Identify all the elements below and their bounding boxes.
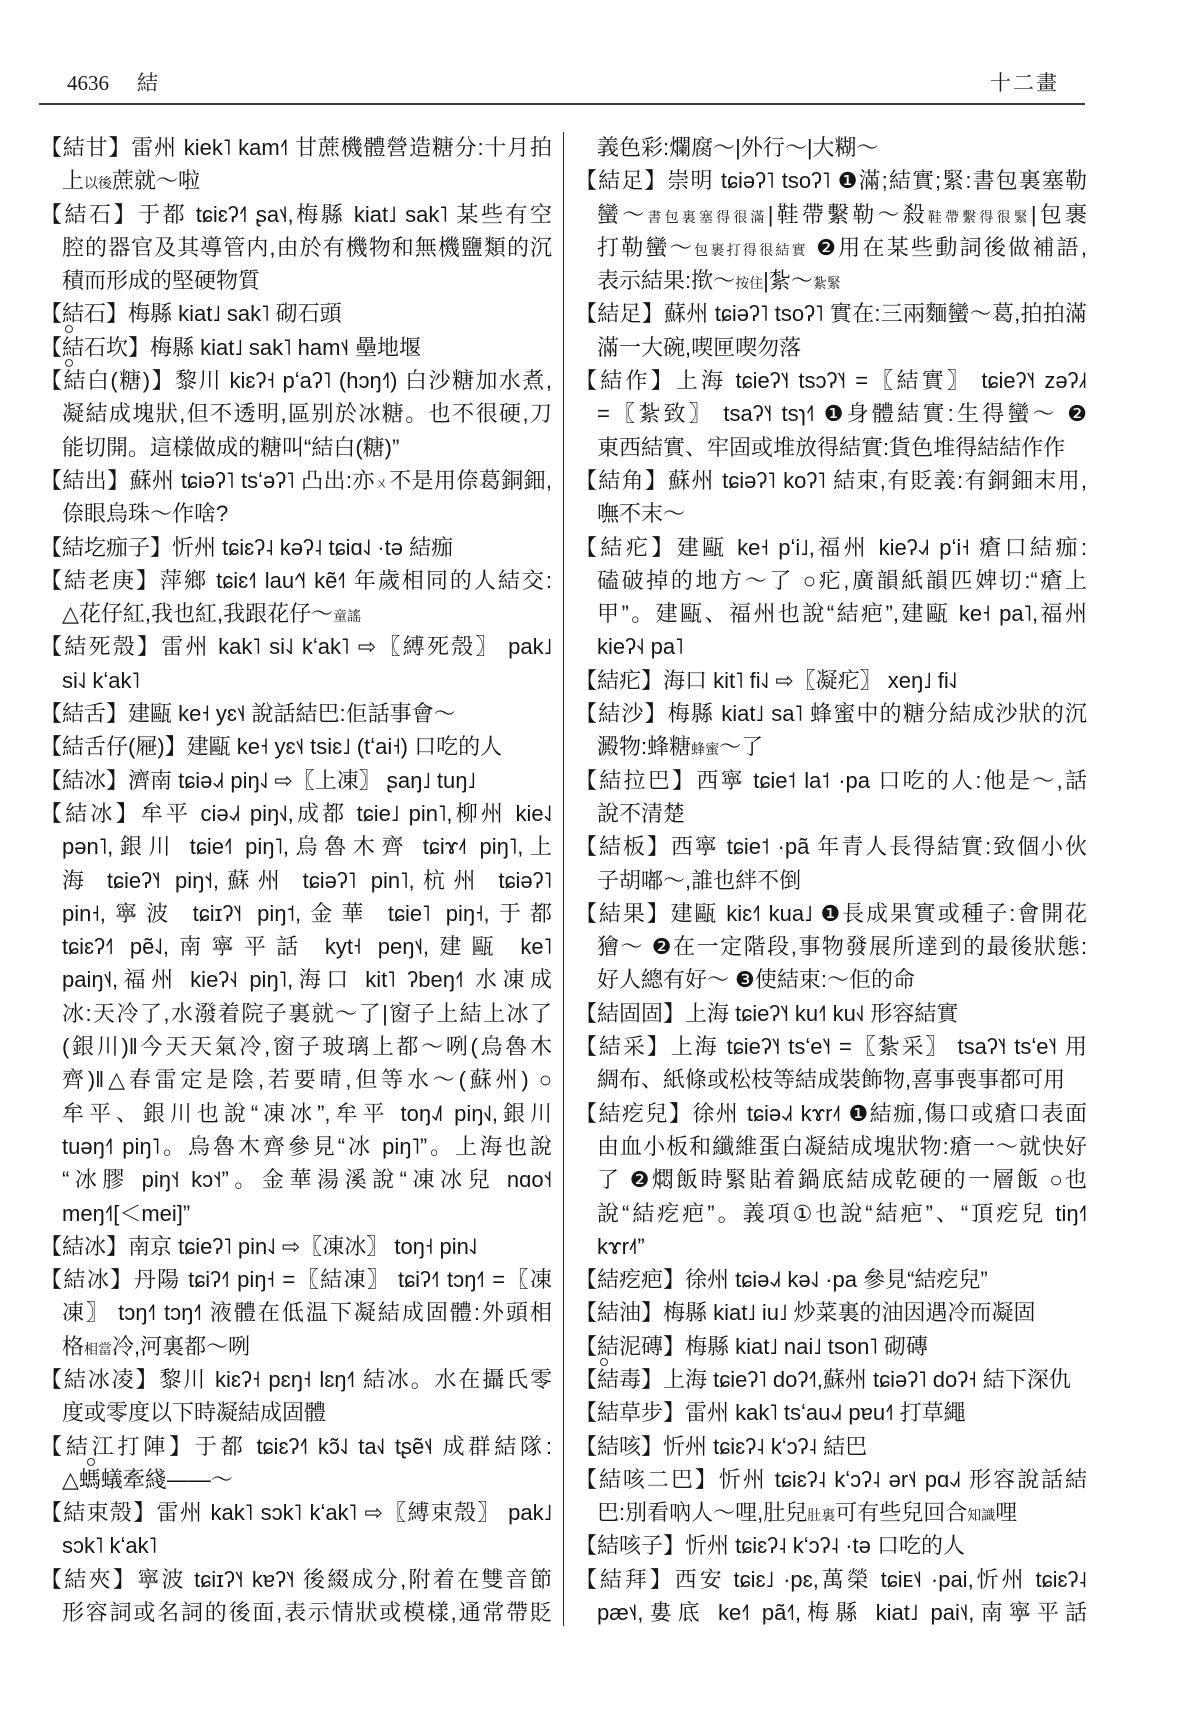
entry-line: tɕiɛʔ˧˥ pẽ˨˩,南寧平話 kyt˧ peŋ˦˨,建甌 ke˥ [40,930,552,963]
entry-text: tuəŋ˧˥ piŋ˥。烏魯木齊參見“冰 piŋ˥”。上海也說 [62,1134,552,1159]
entry-text: 甲”。建甌、福州也說“結疤”,建甌 ke˧ pa˥,福州 [597,601,1087,626]
dictionary-entry: 【結拜】西安 tɕiɛ˩ ·pɛ,萬榮 tɕiᴇ˦˨ ·pai,忻州 tɕiɛʔ… [575,1563,1087,1630]
headword: 【結死殼】 [40,634,161,659]
gloss-text: 蜂蜜 [691,741,719,757]
entry-line: 說不清楚 [575,797,1087,830]
dictionary-entry: 【結冰】牟平 ciə˨˩˧ piŋ˧˩,成都 tɕie˩ pin˥,柳州 kie… [40,797,552,1230]
entry-line: 【結油】梅縣 kiat˩ iu˩ 炒菜裏的油因遇冷而凝固 [575,1296,1087,1329]
entry-text: 雷州 kiek˥ kam˧˥ 甘蔗機體營造糖分:十月拍 [131,135,552,160]
headword: 【結出】 [40,468,130,493]
headword: 【結白(糖)】 [40,368,175,393]
entry-line: 腔的器官及其導管内,由於有機物和無機鹽類的沉 [40,231,552,264]
entry-line: 澱物:蜂糖蜂蜜～了 [575,730,1087,763]
entry-line: 【結泥磚】梅縣 kiat˩ nai˩ tson˥ 砌磚 [575,1330,1087,1363]
headword: 【結石】 [40,202,138,227]
headword-wrapper: 【結死殼】 [40,634,161,659]
headword: 【結疕】 [575,535,677,560]
entry-text: pin˧,寧波 tɕiɪʔ˥˧ piŋ˦,金華 tɕie˥ piŋ˧,于都 [62,901,552,926]
dictionary-entry: 【結沙】梅縣 kiat˩ sa˥ 蜂蜜中的糖分結成沙狀的沉澱物:蜂糖蜂蜜～了 [575,697,1087,764]
headword-wrapper: 【結夾】 [40,1567,137,1592]
entry-line: 度或零度以下時凝結成固體 [40,1396,552,1429]
headword: 【結咳二巴】 [575,1467,719,1492]
entry-text: ～了 [719,734,763,759]
entry-text: 積而形成的堅硬物質 [62,268,260,293]
entry-text: 凝結成塊狀,但不透明,區别於冰糖。也不很硬,刀 [62,401,552,426]
entry-text: 建甌 kiɛ˧˥ kua˩ ❶長成果實或種子:會開花 [671,901,1087,926]
entry-text: 磕破掉的地方～了 ○疕,廣韻紙韻匹婢切:“瘡上 [597,568,1087,593]
entry-line: 【結板】西寧 tɕie˦ ·pã 年青人長得結實:致個小伙 [575,830,1087,863]
entry-text: 西安 tɕiɛ˩ ·pɛ,萬榮 tɕiᴇ˦˨ ·pai,忻州 tɕiɛʔ˨ [675,1567,1087,1592]
headword-wrapper: 【結疕】 [575,668,663,693]
entry-line: 了 ❷燜飯時緊貼着鍋底結成乾硬的一層飯 ○也 [575,1163,1087,1196]
dictionary-entry: 【結油】梅縣 kiat˩ iu˩ 炒菜裏的油因遇冷而凝固 [575,1296,1087,1329]
entry-line: 積而形成的堅硬物質 [40,264,552,297]
entry-text: pən˥,銀川 tɕie˧˥ piŋ˥,烏魯木齊 tɕiɤ˨˦ piŋ˥,上 [62,834,552,859]
dictionary-entry: 【結死殼】雷州 kak˥ si˨˩ kʻak˥ ⇨〖縛死殼〗 pak˩si˨˩ … [40,630,552,697]
entry-text: 黎川 kiɛʔ˧ pɛŋ˧ lɛŋ˧˥ 結冰。水在攝氏零 [159,1367,552,1392]
headword-wrapper: 【結泥磚】 [575,1334,685,1359]
entry-line: paiŋ˦˨,福州 kieʔ˧˨ piŋ˥,海口 kit˥ ʔbeŋ˧˥ 水凍成 [40,963,552,996]
entry-text: 蘇州 tɕiəʔ˥ tsʻəʔ˥ 凸出:亦 [130,468,375,493]
headword: 【結江打陣】 [40,1434,195,1459]
dictionary-entry: 【結冰】丹陽 tɕiʔ˧˥ piŋ˧ =〖結凍〗 tɕiʔ˧˥ tɔŋ˧˥ =〖… [40,1263,552,1363]
dictionary-entry: 【結泥磚】梅縣 kiat˩ nai˩ tson˥ 砌磚 [575,1330,1087,1363]
entry-line: 【結果】建甌 kiɛ˧˥ kua˩ ❶長成果實或種子:會開花 [575,897,1087,930]
entry-text: 澱物:蜂糖 [597,734,691,759]
entry-line: 【結冰凌】黎川 kiɛʔ˧ pɛŋ˧ lɛŋ˧˥ 結冰。水在攝氏零 [40,1363,552,1396]
entry-line: 獪～ ❷在一定階段,事物發展所達到的最後狀態: [575,930,1087,963]
entry-text: “冰膠 piŋ˦˧ kɔ˦˧”。金華湯溪說“凍冰兒 nɑo˦˧ [62,1167,552,1192]
dictionary-entry: 【結夾】寧波 tɕiɪʔ˥˧ kɐʔ˥˧ 後綴成分,附着在雙音節形容詞或名詞的後… [40,1563,552,1630]
entry-text: 格 [62,1334,84,1359]
headword-wrapper: 【結板】 [575,834,671,859]
left-column: 【結甘】雷州 kiek˥ kam˧˥ 甘蔗機體營造糖分:十月拍上以後蔗就～啦【結… [40,131,552,1629]
entry-line: 子胡嘟～,誰也絆不倒 [575,864,1087,897]
headword-wrapper: 【結草步】 [575,1400,685,1425]
entry-line: 【結采】上海 tɕieʔ˥˧ tsʻe˥˧ =〖紮采〗 tsaʔ˥˧ tsʻe˥… [575,1030,1087,1063]
dictionary-entry: 【結江打陣】于都 tɕiɛʔ˧˥ kɔ̃˨˩ ta˧˩ tʂẽ˦˨ 成群結隊:△… [40,1430,552,1497]
entry-text: 子胡嘟～,誰也絆不倒 [597,868,801,893]
entry-text: 打勒蠻～ [597,235,694,260]
entry-text: 上海 tɕieʔ˥˧ tsɔʔ˥˧ =〖結實〗 tɕieʔ˥˧ zəʔ˩˧ [676,368,1087,393]
dictionary-entry: 【結采】上海 tɕieʔ˥˧ tsʻe˥˧ =〖紮采〗 tsaʔ˥˧ tsʻe˥… [575,1030,1087,1097]
dictionary-entry: 【結果】建甌 kiɛ˧˥ kua˩ ❶長成果實或種子:會開花獪～ ❷在一定階段,… [575,897,1087,997]
entry-text: 萍鄉 tɕiɛ˧˥ lau˧˥˧ kẽ˧˥ 年歲相同的人結交: [160,568,552,593]
entry-text: 丹陽 tɕiʔ˧˥ piŋ˧ =〖結凍〗 tɕiʔ˧˥ tɔŋ˧˥ =〖凍 [134,1267,552,1292]
headword: 【結泥磚】 [575,1334,685,1359]
entry-text: 上 [62,168,84,193]
dictionary-entry: 【結圪痂子】忻州 tɕiɛʔ˨ kəʔ˨ tɕiɑ˨˩ ·tə 結痂 [40,531,552,564]
dictionary-entry: 【結出】蘇州 tɕiəʔ˥ tsʻəʔ˥ 凸出:亦ㄨ不是用倷葛銅鈿,倷眼烏珠～作… [40,464,552,531]
dictionary-entry: 【結舌】建甌 ke˧ yɛ˦˨ 說話結巴:佢話事會～ [40,697,552,730]
entry-line: 【結冰】牟平 ciə˨˩˧ piŋ˧˩,成都 tɕie˩ pin˥,柳州 kie… [40,797,552,830]
entry-line: si˨˩ kʻak˥ [40,664,552,697]
headword-wrapper: 【結出】 [40,468,130,493]
entry-text: 徐州 tɕiə˨˩˧ kɤr˨˦ ❶結痂,傷口或瘡口表面 [692,1101,1087,1126]
entry-text: sɔk˥ kʻak˥ [62,1533,157,1558]
entry-text: kieʔ˧˨ pa˥ [597,634,684,659]
entry-line: 【結作】上海 tɕieʔ˥˧ tsɔʔ˥˧ =〖結實〗 tɕieʔ˥˧ zəʔ˩… [575,364,1087,397]
headword-wrapper: 【結冰】 [40,768,128,793]
entry-text: 形容詞或名詞的後面,表示情狀或模樣,通常帶貶 [62,1600,552,1625]
entry-text: 說不清楚 [597,801,685,826]
entry-text: 蘇州 tɕiəʔ˥ koʔ˥ 結束,有貶義:有銅鈿末用, [668,468,1087,493]
entry-text: 巴:別看吶人～哩,肚兒 [597,1500,807,1525]
entry-line: sɔk˥ kʻak˥ [40,1529,552,1562]
entry-line: pən˥,銀川 tɕie˧˥ piŋ˥,烏魯木齊 tɕiɤ˨˦ piŋ˥,上 [40,830,552,863]
gloss-text: 以後 [84,175,112,191]
headword-wrapper: 【結疕】 [575,535,677,560]
dictionary-entry: 【結甘】雷州 kiek˥ kam˧˥ 甘蔗機體營造糖分:十月拍上以後蔗就～啦 [40,131,552,198]
gloss-text: 相當 [84,1341,112,1357]
entry-line: 【結咳二巴】忻州 tɕiɛʔ˨ kʻɔʔ˨ ər˦˨ pɑ˨˩˧ 形容說話結 [575,1463,1087,1496]
gloss-text: 包裹打得很結實 [694,242,808,258]
entry-text: 說“結疙疤”。義項①也說“結疤”、“頂疙兒 tiŋ˧˥ [597,1201,1087,1226]
entry-line: 表示結果:揿～按住|紮～紮緊 [575,264,1087,297]
entry-text: 梅縣 kiat˩ sa˥ 蜂蜜中的糖分結成沙狀的沉 [668,701,1087,726]
entry-text: 梅縣 kiat˩ sak˥ ham˦˨ 壘地堰 [150,335,421,360]
entry-continuation: 義色彩:爛腐～|外行～|大糊～ [575,131,1087,164]
entry-text: kɤr˨˦” [597,1234,645,1259]
headword: 【結疕】 [575,668,663,693]
entry-text: 建甌 ke˧ yɛ˦˨ tsiɛ˩ (tʻai˧) 口吃的人 [187,734,502,759]
gloss-text: ㄨ [375,475,389,491]
dictionary-entry: 【結疙兒】徐州 tɕiə˨˩˧ kɤr˨˦ ❶結痂,傷口或瘡口表面由血小板和纖維… [575,1097,1087,1263]
right-column: 義色彩:爛腐～|外行～|大糊～【結足】崇明 tɕiəʔ˥ tsoʔ˥ ❶滿;結實… [575,131,1087,1629]
entry-line: 上以後蔗就～啦 [40,164,552,197]
entry-text: (銀川)‖今天天氣冷,窗子玻璃上都～咧(烏魯木 [62,1034,552,1059]
headword: 【結束殼】 [40,1500,157,1525]
entry-text: 不是用倷葛銅鈿, [389,468,552,493]
entry-text: 上海 tɕieʔ˥˧ ku˧˥ ku˧˩ 形容結實 [685,1001,958,1026]
dictionary-entry: 【結足】蘇州 tɕiəʔ˥ tsoʔ˥ 實在:三兩麵蠻～葛,拍拍滿滿一大碗,喫匣… [575,297,1087,364]
headword-wrapper: 【結冰】 [40,801,141,826]
gloss-text: 童謠 [333,608,361,624]
headword-wrapper: 【結固固】 [575,1001,685,1026]
page-number: 4636 [67,68,109,98]
gloss-text: 書包裏塞得很滿 [647,209,767,225]
entry-line: 好人總有好～ ❸使結束:～佢的命 [575,963,1087,996]
entry-text: 蠻～ [597,202,647,227]
entry-text: 腔的器官及其導管内,由於有機物和無機鹽類的沉 [62,235,552,260]
entry-text: 義色彩:爛腐～|外行～|大糊～ [597,135,879,160]
entry-text: 東西結實、牢固或堆放得結實:貨色堆得結結作作 [597,435,1065,460]
entry-text: 梅縣 kiat˩ nai˩ tson˥ 砌磚 [685,1334,928,1359]
entry-line: 【結舌仔(屜)】建甌 ke˧ yɛ˦˨ tsiɛ˩ (tʻai˧) 口吃的人 [40,730,552,763]
headword: 【結冰】 [40,1267,134,1292]
headword-wrapper: 【結沙】 [575,701,668,726]
entry-line: 甲”。建甌、福州也說“結疤”,建甌 ke˧ pa˥,福州 [575,597,1087,630]
headword-wrapper: 【結采】 [575,1034,671,1059]
dictionary-entry: 【結草步】雷州 kak˥ tsʻau˨˩˧ pɐu˧˥ 打草繩 [575,1396,1087,1429]
dictionary-entry: 【結角】蘇州 tɕiəʔ˥ koʔ˥ 結束,有貶義:有銅鈿末用,嘸不末～ [575,464,1087,531]
headword: 【結拜】 [575,1567,675,1592]
entry-line: 蠻～書包裏塞得很滿|鞋帶繫勒～殺鞋帶繫得很緊|包裹 [575,198,1087,231]
entry-line: 【結沙】梅縣 kiat˩ sa˥ 蜂蜜中的糖分結成沙狀的沉 [575,697,1087,730]
entry-text: 忻州 tɕiɛʔ˨ kʻɔʔ˨ ·tə 口吃的人 [685,1533,965,1558]
entry-line: pin˧,寧波 tɕiɪʔ˥˧ piŋ˦,金華 tɕie˥ piŋ˧,于都 [40,897,552,930]
entry-text: meŋ˧˥[＜mei]” [62,1201,190,1226]
entry-line: 【結白(糖)】黎川 kiɛʔ˧ pʻaʔ˥ (hɔŋ˧˥) 白沙糖加水煮, [40,364,552,397]
entry-text: 海口 kit˥ fi˨˩ ⇨〖凝疕〗 xeŋ˩ fi˨˩ [663,668,957,693]
entry-line: 義色彩:爛腐～|外行～|大糊～ [575,131,1087,164]
headword-wrapper: 【結果】 [575,901,671,926]
headword-wrapper: 【結甘】 [40,135,131,160]
entry-line: =〖紮致〗 tsaʔ˥˧ tsɿ˧˥ ❶身體結實:生得蠻～ ❷ [575,397,1087,430]
stroke-count-section: 十二畫 [990,68,1059,98]
headword-wrapper: 【結拉巴】 [575,768,696,793]
headword: 【結疙兒】 [575,1101,692,1126]
entry-line: 【結舌】建甌 ke˧ yɛ˦˨ 說話結巴:佢話事會～ [40,697,552,730]
headword: 【結冰】 [40,1234,128,1259]
entry-line: 【結石】梅縣 kiat˩ sak˥ 砌石頭 [40,297,552,330]
entry-line: 【結足】蘇州 tɕiəʔ˥ tsoʔ˥ 實在:三兩麵蠻～葛,拍拍滿 [575,297,1087,330]
dictionary-entry: 【結白(糖)】黎川 kiɛʔ˧ pʻaʔ˥ (hɔŋ˧˥) 白沙糖加水煮,凝結成… [40,364,552,464]
headword: 【結角】 [575,468,668,493]
entry-line: kieʔ˧˨ pa˥ [575,630,1087,663]
entry-text: |紮～ [763,268,813,293]
headword: 【結固固】 [575,1001,685,1026]
entry-line: (銀川)‖今天天氣冷,窗子玻璃上都～咧(烏魯木 [40,1030,552,1063]
entry-text: si˨˩ kʻak˥ [62,668,140,693]
entry-text: |鞋帶繫勒～殺 [768,202,928,227]
entry-line: △螞蟻牽綫——～ [40,1463,552,1496]
entry-text: 齊)‖△春雷定是陰,若要晴,但等水～(蘇州) ○ [62,1067,552,1092]
entry-line: 【結冰】濟南 tɕiə˨˩˧ piŋ˨˩ ⇨〖上凍〗 ʂaŋ˩ tuŋ˩ [40,764,552,797]
headword: 【結舌仔(屜)】 [40,734,187,759]
entry-line: 【結足】崇明 tɕiəʔ˥ tsoʔ˥ ❶滿;結實;緊:書包裏塞勒 [575,164,1087,197]
entry-text: 黎川 kiɛʔ˧ pʻaʔ˥ (hɔŋ˧˥) 白沙糖加水煮, [175,368,552,393]
entry-line: meŋ˧˥[＜mei]” [40,1197,552,1230]
dictionary-entry: 【結石坎】梅縣 kiat˩ sak˥ ham˦˨ 壘地堰 [40,331,552,364]
headword-wrapper: 【結石】 [40,202,138,227]
entry-text: 倷眼烏珠～作啥? [62,501,228,526]
headword-wrapper: 【結白(糖)】 [40,368,175,393]
headword: 【結咳】 [575,1434,663,1459]
dictionary-entry: 【結固固】上海 tɕieʔ˥˧ ku˧˥ ku˧˩ 形容結實 [575,997,1087,1030]
dictionary-entry: 【結疕】建甌 ke˧ pʻi˩,福州 kieʔ˨˩˧ pʻi˧ 瘡口結痂:磕破掉… [575,531,1087,664]
dictionary-entry: 【結冰】南京 tɕieʔ˥ pin˨˩ ⇨〖凍冰〗 toŋ˧ pin˨˩ [40,1230,552,1263]
entry-text: 西寧 tɕie˦ ·pã 年青人長得結實:致個小伙 [671,834,1087,859]
headword: 【結舌】 [40,701,128,726]
entry-line: 【結束殼】雷州 kak˥ sɔk˥ kʻak˥ ⇨〖縛束殼〗 pak˩ [40,1496,552,1529]
entry-text: △花仔紅,我也紅,我跟花仔～ [62,601,333,626]
dictionary-entry: 【結束殼】雷州 kak˥ sɔk˥ kʻak˥ ⇨〖縛束殼〗 pak˩sɔk˥ … [40,1496,552,1563]
dictionary-entry: 【結作】上海 tɕieʔ˥˧ tsɔʔ˥˧ =〖結實〗 tɕieʔ˥˧ zəʔ˩… [575,364,1087,464]
entry-line: △花仔紅,我也紅,我跟花仔～童謠 [40,597,552,630]
entry-line: 【結江打陣】于都 tɕiɛʔ˧˥ kɔ̃˨˩ ta˧˩ tʂẽ˦˨ 成群結隊: [40,1430,552,1463]
entry-line: 【結疙兒】徐州 tɕiə˨˩˧ kɤr˨˦ ❶結痂,傷口或瘡口表面 [575,1097,1087,1130]
entry-line: 綢布、紙條或松枝等結成裝飾物,喜事喪事都可用 [575,1063,1087,1096]
entry-text: 由血小板和纖維蛋白凝結成塊狀物:瘡一～就快好 [597,1134,1087,1159]
entry-line: 形容詞或名詞的後面,表示情狀或模樣,通常帶貶 [40,1596,552,1629]
entry-text: 好人總有好～ ❸使結束:～佢的命 [597,967,915,992]
entry-line: 【結圪痂子】忻州 tɕiɛʔ˨ kəʔ˨ tɕiɑ˨˩ ·tə 結痂 [40,531,552,564]
entry-line: 【結死殼】雷州 kak˥ si˨˩ kʻak˥ ⇨〖縛死殼〗 pak˩ [40,630,552,663]
headword-wrapper: 【結咳】 [575,1434,663,1459]
headword: 【結咳子】 [575,1533,685,1558]
dictionary-entry: 【結咳子】忻州 tɕiɛʔ˨ kʻɔʔ˨ ·tə 口吃的人 [575,1529,1087,1562]
headword: 【結甘】 [40,135,131,160]
entry-text: 寧波 tɕiɪʔ˥˧ kɐʔ˥˧ 後綴成分,附着在雙音節 [137,1567,552,1592]
entry-text: 雷州 kak˥ si˨˩ kʻak˥ ⇨〖縛死殼〗 pak˩ [161,634,552,659]
entry-text: 上海 tɕieʔ˥˧ tsʻe˥˧ =〖紮采〗 tsaʔ˥˧ tsʻe˥˧ 用 [671,1034,1087,1059]
headword: 【結石坎】 [40,335,150,360]
entry-line: 由血小板和纖維蛋白凝結成塊狀物:瘡一～就快好 [575,1130,1087,1163]
entry-line: 【結拉巴】西寧 tɕie˦ la˦ ·pa 口吃的人:他是～,話 [575,764,1087,797]
dictionary-entry: 【結咳】忻州 tɕiɛʔ˨ kʻɔʔ˨ 結巴 [575,1430,1087,1463]
dictionary-entry: 【結毒】上海 tɕieʔ˥ doʔ˧˥,蘇州 tɕiəʔ˥ doʔ˧ 結下深仇 [575,1363,1087,1396]
entry-text: 哩 [995,1500,1017,1525]
entry-line: 【結咳】忻州 tɕiɛʔ˨ kʻɔʔ˨ 結巴 [575,1430,1087,1463]
entry-text: 南京 tɕieʔ˥ pin˨˩ ⇨〖凍冰〗 toŋ˧ pin˨˩ [128,1234,477,1259]
dictionary-entry: 【結老庚】萍鄉 tɕiɛ˧˥ lau˧˥˧ kẽ˧˥ 年歲相同的人結交:△花仔紅… [40,564,552,631]
entry-line: 東西結實、牢固或堆放得結實:貨色堆得結結作作 [575,431,1087,464]
entry-text: 了 ❷燜飯時緊貼着鍋底結成乾硬的一層飯 ○也 [597,1167,1087,1192]
entry-text: 蔗就～啦 [112,168,200,193]
headword-wrapper: 【結圪痂子】 [40,535,172,560]
entry-text: △螞蟻牽綫——～ [62,1467,233,1492]
entry-line: 【結冰】丹陽 tɕiʔ˧˥ piŋ˧ =〖結凍〗 tɕiʔ˧˥ tɔŋ˧˥ =〖… [40,1263,552,1296]
headword-wrapper: 【結作】 [575,368,676,393]
gloss-text: 知識 [967,1507,995,1523]
entry-text: =〖紮致〗 tsaʔ˥˧ tsɿ˧˥ ❶身體結實:生得蠻～ ❷ [597,401,1087,426]
headword-wrapper: 【結束殼】 [40,1500,157,1525]
entry-text: 獪～ ❷在一定階段,事物發展所達到的最後狀態: [597,934,1087,959]
entry-line: 【結甘】雷州 kiek˥ kam˧˥ 甘蔗機體營造糖分:十月拍 [40,131,552,164]
entry-text: 滿一大碗,喫匣喫勿落 [597,335,801,360]
headword: 【結板】 [575,834,671,859]
entry-line: 【結咳子】忻州 tɕiɛʔ˨ kʻɔʔ˨ ·tə 口吃的人 [575,1529,1087,1562]
entry-line: tuəŋ˧˥ piŋ˥。烏魯木齊參見“冰 piŋ˥”。上海也說 [40,1130,552,1163]
headword: 【結老庚】 [40,568,160,593]
dictionary-entry: 【結疕】海口 kit˥ fi˨˩ ⇨〖凝疕〗 xeŋ˩ fi˨˩ [575,664,1087,697]
column-divider [563,132,564,1626]
entry-text: 海 tɕieʔ˥˧ piŋ˦˧,蘇州 tɕiəʔ˥ pin˥,杭州 tɕiəʔ˥ [62,868,552,893]
entry-text: 凍〗 tɔŋ˧˥ tɔŋ˧˥ 液體在低温下凝結成固體:外頭相 [62,1300,552,1325]
headword-wrapper: 【結疙兒】 [575,1101,692,1126]
entry-text: 牟平、銀川也說“凍冰”,牟平 toŋ˨˩˥ piŋ˧˩,銀川 [62,1101,552,1126]
entry-line: 倷眼烏珠～作啥? [40,497,552,530]
entry-line: 說“結疙疤”。義項①也說“結疤”、“頂疙兒 tiŋ˧˥ [575,1197,1087,1230]
headword: 【結足】 [575,301,664,326]
entry-text: 牟平 ciə˨˩˧ piŋ˧˩,成都 tɕie˩ pin˥,柳州 kie˨˩ [141,801,552,826]
entry-text: ❷用在某些動詞後做補語, [808,235,1087,260]
headword: 【結油】 [575,1300,663,1325]
headword-wrapper: 【結角】 [575,468,668,493]
entry-line: kɤr˨˦” [575,1230,1087,1263]
gloss-text: 紮緊 [813,275,841,291]
entry-text: 度或零度以下時凝結成固體 [62,1400,326,1425]
headword: 【結冰凌】 [40,1367,159,1392]
entry-line: 【結出】蘇州 tɕiəʔ˥ tsʻəʔ˥ 凸出:亦ㄨ不是用倷葛銅鈿, [40,464,552,497]
running-head-character: 結 [137,68,158,98]
entry-text: 嘸不末～ [597,501,685,526]
entry-text: 崇明 tɕiəʔ˥ tsoʔ˥ ❶滿;結實;緊:書包裏塞勒 [667,168,1087,193]
header-rule [39,103,1085,105]
entry-line: 冰:天冷了,水潑着院子裏就～了|窗子上結上冰了 [40,997,552,1030]
headword: 【結毒】 [575,1367,663,1392]
headword: 【結作】 [575,368,676,393]
headword-wrapper: 【結舌仔(屜)】 [40,734,187,759]
entry-text: |包裹 [1031,202,1087,227]
dictionary-entry: 【結石】梅縣 kiat˩ sak˥ 砌石頭 [40,297,552,330]
gloss-text: 按住 [735,275,763,291]
entry-line: 牟平、銀川也說“凍冰”,牟平 toŋ˨˩˥ piŋ˧˩,銀川 [40,1097,552,1130]
headword: 【結石】 [40,301,128,326]
gloss-text: 鞋帶繫得很緊 [928,209,1031,225]
entry-text: 雷州 kak˥ sɔk˥ kʻak˥ ⇨〖縛束殼〗 pak˩ [157,1500,552,1525]
entry-text: 上海 tɕieʔ˥ doʔ˧˥,蘇州 tɕiəʔ˥ doʔ˧ 結下深仇 [663,1367,1071,1392]
headword-wrapper: 【結老庚】 [40,568,160,593]
entry-line: 【結老庚】萍鄉 tɕiɛ˧˥ lau˧˥˧ kẽ˧˥ 年歲相同的人結交: [40,564,552,597]
dictionary-entry: 【結冰】濟南 tɕiə˨˩˧ piŋ˨˩ ⇨〖上凍〗 ʂaŋ˩ tuŋ˩ [40,764,552,797]
entry-text: 雷州 kak˥ tsʻau˨˩˧ pɐu˧˥ 打草繩 [685,1400,966,1425]
dictionary-entry: 【結拉巴】西寧 tɕie˦ la˦ ·pa 口吃的人:他是～,話說不清楚 [575,764,1087,831]
entry-text: 忻州 tɕiɛʔ˨ kʻɔʔ˨ 結巴 [663,1434,867,1459]
headword-wrapper: 【結毒】 [575,1367,663,1392]
entry-line: pæ˦˨,婁底 ke˧˥ pã˧˥,梅縣 kiat˩ pai˦˨,南寧平話 [575,1596,1087,1629]
entry-text: 可有些兒回合 [835,1500,967,1525]
entry-text: 忻州 tɕiɛʔ˨ kʻɔʔ˨ ər˦˨ pɑ˨˩˧ 形容說話結 [719,1467,1087,1492]
entry-line: 【結毒】上海 tɕieʔ˥ doʔ˧˥,蘇州 tɕiəʔ˥ doʔ˧ 結下深仇 [575,1363,1087,1396]
entry-text: 表示結果:揿～ [597,268,735,293]
headword-wrapper: 【結足】 [575,168,667,193]
dictionary-entry: 【結板】西寧 tɕie˦ ·pã 年青人長得結實:致個小伙子胡嘟～,誰也絆不倒 [575,830,1087,897]
headword-wrapper: 【結冰】 [40,1267,134,1292]
entry-text: 冷,河裏都～咧 [112,1334,250,1359]
headword: 【結圪痂子】 [40,535,172,560]
headword: 【結冰】 [40,768,128,793]
headword-wrapper: 【結咳子】 [575,1533,685,1558]
entry-line: 【結冰】南京 tɕieʔ˥ pin˨˩ ⇨〖凍冰〗 toŋ˧ pin˨˩ [40,1230,552,1263]
entry-line: 凍〗 tɔŋ˧˥ tɔŋ˧˥ 液體在低温下凝結成固體:外頭相 [40,1296,552,1329]
entry-line: 【結草步】雷州 kak˥ tsʻau˨˩˧ pɐu˧˥ 打草繩 [575,1396,1087,1429]
entry-text: pæ˦˨,婁底 ke˧˥ pã˧˥,梅縣 kiat˩ pai˦˨,南寧平話 [597,1600,1087,1625]
entry-text: 徐州 tɕiə˨˩˧ kə˨˩ ·pa 參見“結疙兒” [685,1267,988,1292]
entry-text: tɕiɛʔ˧˥ pẽ˨˩,南寧平話 kyt˧ peŋ˦˨,建甌 ke˥ [62,934,552,959]
entry-line: 【結疕】建甌 ke˧ pʻi˩,福州 kieʔ˨˩˧ pʻi˧ 瘡口結痂: [575,531,1087,564]
headword-wrapper: 【結石坎】 [40,335,150,360]
entry-line: 凝結成塊狀,但不透明,區别於冰糖。也不很硬,刀 [40,397,552,430]
headword: 【結草步】 [575,1400,685,1425]
entry-line: 海 tɕieʔ˥˧ piŋ˦˧,蘇州 tɕiəʔ˥ pin˥,杭州 tɕiəʔ˥ [40,864,552,897]
entry-text: 濟南 tɕiə˨˩˧ piŋ˨˩ ⇨〖上凍〗 ʂaŋ˩ tuŋ˩ [128,768,476,793]
entry-text: 蘇州 tɕiəʔ˥ tsoʔ˥ 實在:三兩麵蠻～葛,拍拍滿 [664,301,1087,326]
dictionary-entry: 【結舌仔(屜)】建甌 ke˧ yɛ˦˨ tsiɛ˩ (tʻai˧) 口吃的人 [40,730,552,763]
entry-line: “冰膠 piŋ˦˧ kɔ˦˧”。金華湯溪說“凍冰兒 nɑo˦˧ [40,1163,552,1196]
entry-line: 【結拜】西安 tɕiɛ˩ ·pɛ,萬榮 tɕiᴇ˦˨ ·pai,忻州 tɕiɛʔ… [575,1563,1087,1596]
entry-line: 嘸不末～ [575,497,1087,530]
entry-line: 齊)‖△春雷定是陰,若要晴,但等水～(蘇州) ○ [40,1063,552,1096]
gloss-text: 肚裏 [807,1507,835,1523]
entry-text: 梅縣 kiat˩ iu˩ 炒菜裏的油因遇冷而凝固 [663,1300,1036,1325]
entry-text: 西寧 tɕie˦ la˦ ·pa 口吃的人:他是～,話 [696,768,1087,793]
entry-text: 能切開。這樣做成的糖叫“結白(糖)” [62,435,399,460]
entry-line: 【結疙疤】徐州 tɕiə˨˩˧ kə˨˩ ·pa 參見“結疙兒” [575,1263,1087,1296]
entry-text: 綢布、紙條或松枝等結成裝飾物,喜事喪事都可用 [597,1067,1065,1092]
headword-wrapper: 【結拜】 [575,1567,675,1592]
entry-line: 【結固固】上海 tɕieʔ˥˧ ku˧˥ ku˧˩ 形容結實 [575,997,1087,1030]
headword-wrapper: 【結江打陣】 [40,1434,195,1459]
entry-text: 于都 tɕiɛʔ˧˥ ʂa˦˨,梅縣 kiat˩ sak˥ 某些有空 [138,202,552,227]
dictionary-entry: 【結石】于都 tɕiɛʔ˧˥ ʂa˦˨,梅縣 kiat˩ sak˥ 某些有空腔的… [40,198,552,298]
entry-line: 【結石坎】梅縣 kiat˩ sak˥ ham˦˨ 壘地堰 [40,331,552,364]
entry-line: 【結夾】寧波 tɕiɪʔ˥˧ kɐʔ˥˧ 後綴成分,附着在雙音節 [40,1563,552,1596]
headword-wrapper: 【結足】 [575,301,664,326]
headword-wrapper: 【結油】 [575,1300,663,1325]
headword: 【結夾】 [40,1567,137,1592]
